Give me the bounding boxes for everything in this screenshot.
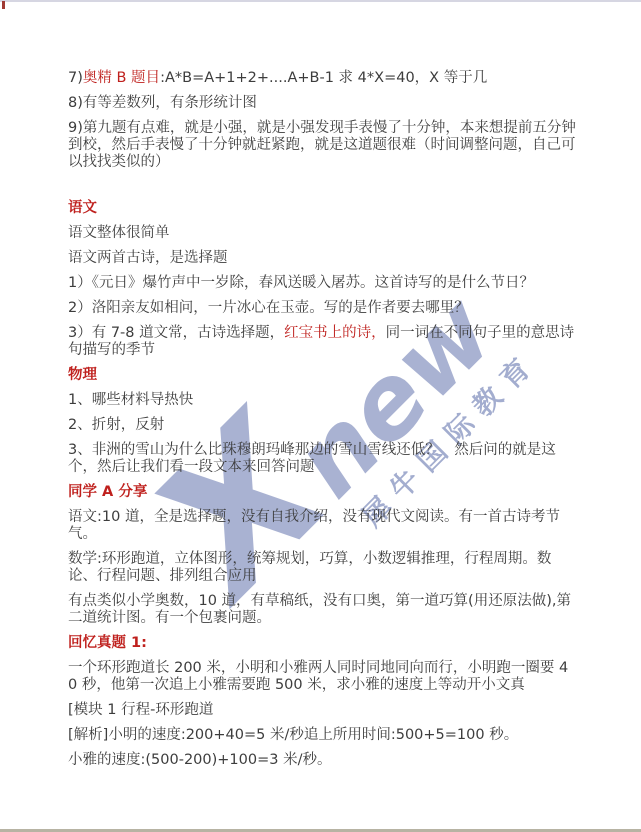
text-segment: 语文:10 道，全是选择题，没有自我介绍，没有现代文阅读。有一首古诗考节气。	[68, 509, 560, 542]
highlight-segment: 物理	[68, 367, 97, 383]
text-segment: 9)第九题有点难，就是小强，就是小强发现手表慢了十分钟，本来想提前五分钟到校，然…	[68, 120, 576, 170]
document-content: 7)奥精 B 题目:A*B=A+1+2+....A+B-1 求 4*X=40，X…	[68, 70, 577, 777]
section-heading: 物理	[68, 367, 577, 384]
text-segment: 一个环形跑道长 200 米，小明和小雅两人同时同地同向而行，小明跑一圈要 40 …	[68, 660, 568, 693]
paragraph: 2）洛阳亲友如相问，一片冰心在玉壶。写的是作者要去哪里？	[68, 300, 577, 317]
text-segment: [模块 1 行程-环形跑道	[68, 702, 213, 718]
paragraph: 有点类似小学奥数，10 道，有草稿纸，没有口奥，第一道巧算(用还原法做),第二道…	[68, 593, 577, 627]
paragraph: 一个环形跑道长 200 米，小明和小雅两人同时同地同向而行，小明跑一圈要 40 …	[68, 660, 577, 694]
paragraph: [模块 1 行程-环形跑道	[68, 702, 577, 719]
section-heading: 回忆真题 1:	[68, 635, 577, 652]
paragraph: 1、哪些材料导热快	[68, 392, 577, 409]
paragraph: 语文整体很简单	[68, 225, 577, 242]
paragraph: 9)第九题有点难，就是小强，就是小强发现手表慢了十分钟，本来想提前五分钟到校，然…	[68, 120, 577, 171]
text-segment: 1、哪些材料导热快	[68, 392, 193, 408]
text-segment: 小雅的速度:(500-200)+100=3 米/秒。	[68, 752, 331, 768]
page-top-edge	[0, 0, 641, 2]
paragraph: 7)奥精 B 题目:A*B=A+1+2+....A+B-1 求 4*X=40，X…	[68, 70, 577, 87]
paragraph: 8)有等差数列，有条形统计图	[68, 95, 577, 112]
text-segment: 2）洛阳亲友如相问，一片冰心在玉壶。写的是作者要去哪里？	[68, 300, 469, 316]
text-segment: [解析]小明的速度:200+40=5 米/秒追上所用时间:500+5=100 秒…	[68, 727, 518, 743]
section-heading: 语文	[68, 200, 577, 217]
corner-red-mark	[2, 1, 5, 9]
text-segment: 3、非洲的雪山为什么比珠穆朗玛峰那边的雪山雪线还低？ 然后问的就是这个，然后让我…	[68, 442, 556, 475]
highlight-segment: 红宝书上的诗，	[284, 325, 386, 341]
highlight-segment: 奥精 B 题目	[83, 70, 160, 86]
text-segment: 8)有等差数列，有条形统计图	[68, 95, 257, 111]
paragraph: 小雅的速度:(500-200)+100=3 米/秒。	[68, 752, 577, 769]
section-heading: 同学 A 分享	[68, 484, 577, 501]
document-page: { "colors": { "accent_red": "#bf201d", "…	[0, 0, 641, 832]
text-segment: :A*B=A+1+2+....A+B-1 求 4*X=40，X 等于几	[160, 70, 487, 86]
paragraph: 3）有 7-8 道文常，古诗选择题，红宝书上的诗，同一词在不同句子里的意思诗句描…	[68, 325, 577, 359]
paragraph: 数学:环形跑道，立体图形，统筹规划，巧算，小数逻辑推理，行程周期。数论、行程问题…	[68, 551, 577, 585]
text-segment: 数学:环形跑道，立体图形，统筹规划，巧算，小数逻辑推理，行程周期。数论、行程问题…	[68, 551, 551, 584]
text-segment: 1）《元日》爆竹声中一岁除，春风送暖入屠苏。这首诗写的是什么节日？	[68, 275, 534, 291]
text-segment: 7)	[68, 70, 83, 86]
paragraph: 1）《元日》爆竹声中一岁除，春风送暖入屠苏。这首诗写的是什么节日？	[68, 275, 577, 292]
paragraph: 语文两首古诗，是选择题	[68, 250, 577, 267]
text-segment: 有点类似小学奥数，10 道，有草稿纸，没有口奥，第一道巧算(用还原法做),第二道…	[68, 593, 571, 626]
highlight-segment: 同学 A 分享	[68, 484, 147, 500]
text-segment: 语文整体很简单	[68, 225, 170, 241]
paragraph: 语文:10 道，全是选择题，没有自我介绍，没有现代文阅读。有一首古诗考节气。	[68, 509, 577, 543]
text-segment: 3）有 7-8 道文常，古诗选择题，	[68, 325, 284, 341]
highlight-segment: 语文	[68, 200, 97, 216]
paragraph: 3、非洲的雪山为什么比珠穆朗玛峰那边的雪山雪线还低？ 然后问的就是这个，然后让我…	[68, 442, 577, 476]
paragraph: [解析]小明的速度:200+40=5 米/秒追上所用时间:500+5=100 秒…	[68, 727, 577, 744]
text-segment: 2、折射，反射	[68, 417, 164, 433]
paragraph: 2、折射，反射	[68, 417, 577, 434]
highlight-segment: 回忆真题 1:	[68, 635, 147, 651]
text-segment: 语文两首古诗，是选择题	[68, 250, 228, 266]
